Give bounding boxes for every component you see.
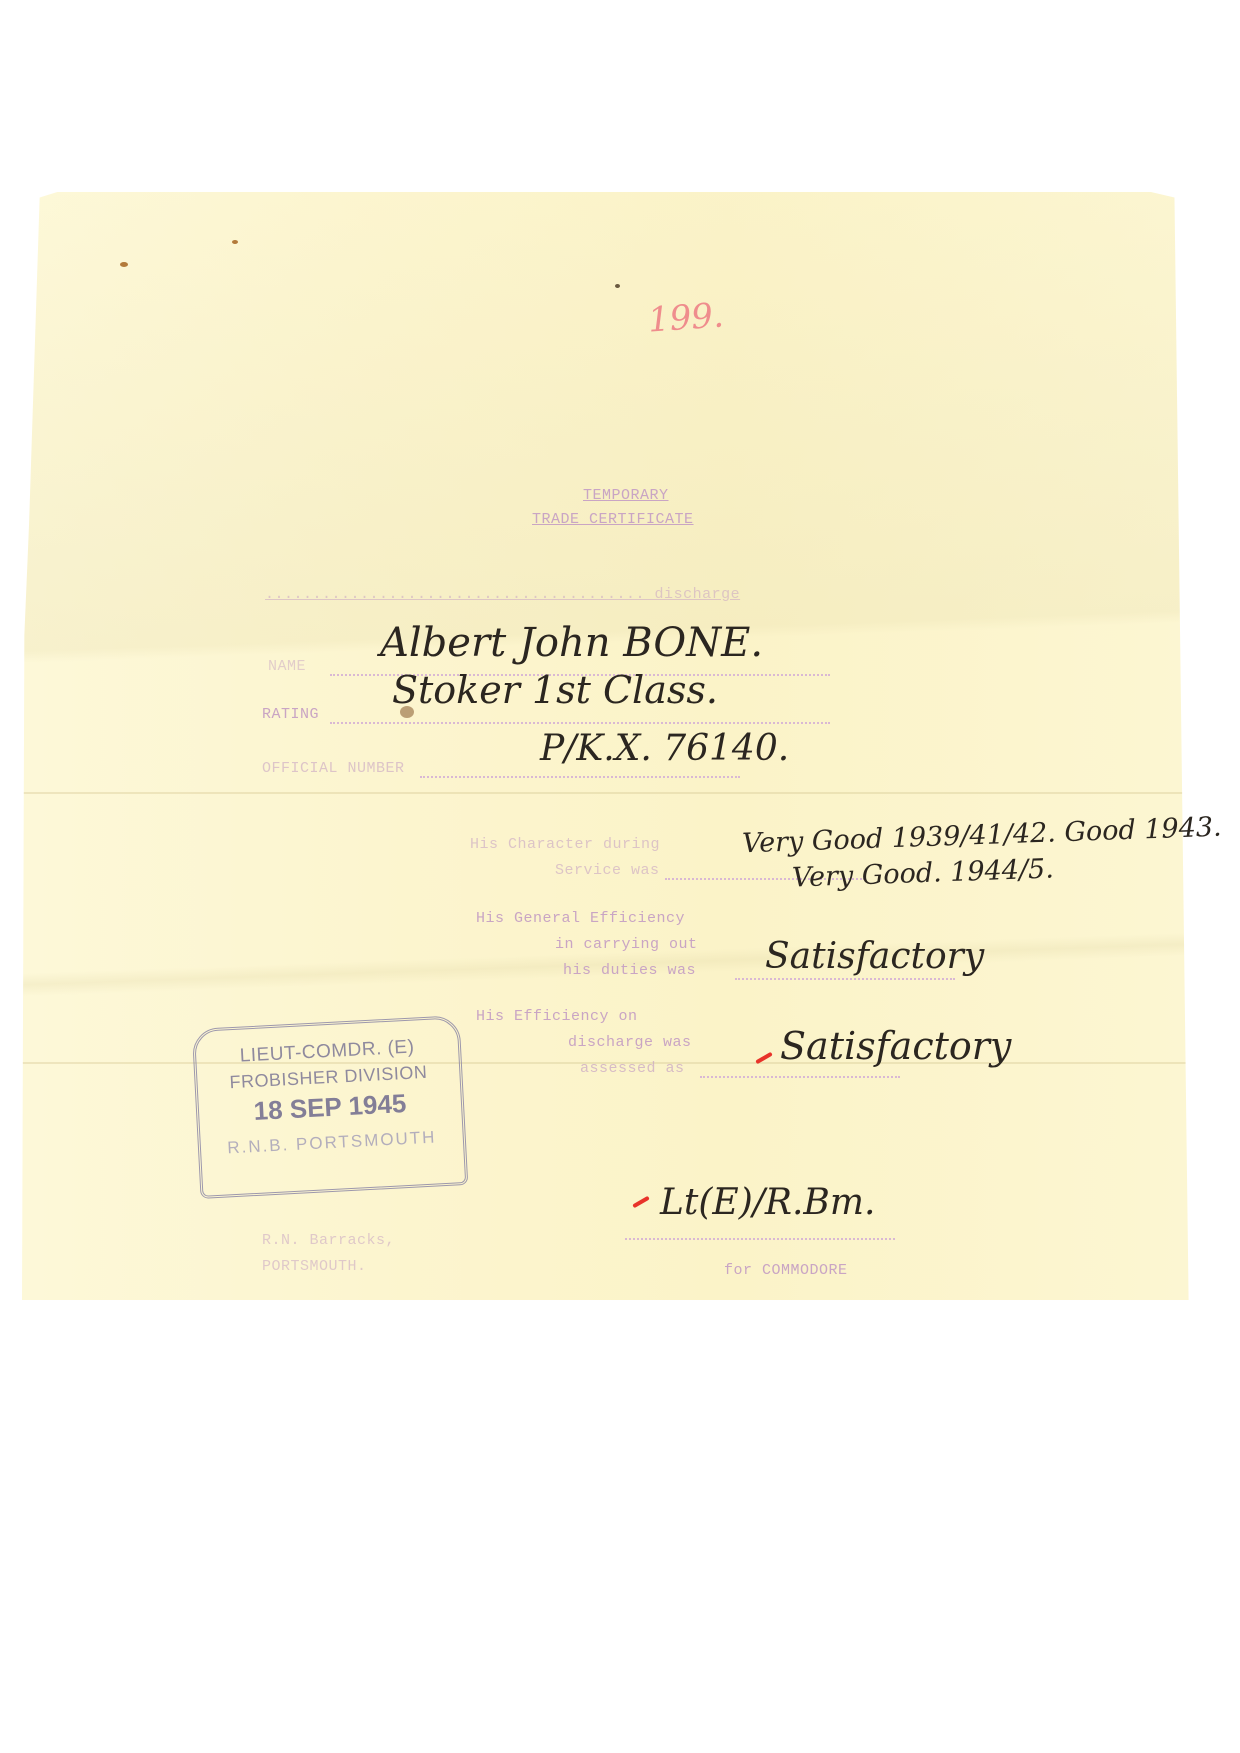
reference-number: 199.	[647, 295, 725, 340]
title-line-2: TRADE CERTIFICATE	[532, 511, 694, 528]
discharge-efficiency-label-1: His Efficiency on	[476, 1008, 638, 1025]
rust-spot	[232, 240, 238, 244]
title-line-1: TEMPORARY	[583, 487, 669, 504]
official-number-dotted-line	[420, 776, 740, 778]
division-stamp: LIEUT-COMDR. (E) FROBISHER DIVISION 18 S…	[192, 1015, 469, 1199]
discharge-efficiency-value: Satisfactory	[780, 1024, 1011, 1068]
character-label-2: Service was	[555, 862, 660, 879]
rating-dotted-line	[330, 722, 830, 724]
signatory-title: for COMMODORE	[724, 1262, 848, 1279]
general-efficiency-label-1: His General Efficiency	[476, 910, 685, 927]
signature: Lt(E)/R.Bm.	[660, 1182, 875, 1223]
rust-spot	[120, 262, 128, 267]
general-efficiency-label-3: his duties was	[563, 962, 696, 979]
official-number-label: OFFICIAL NUMBER	[262, 760, 405, 777]
signature-dotted-line	[625, 1238, 895, 1240]
general-efficiency-label-2: in carrying out	[555, 936, 698, 953]
official-number-value: P/K.X. 76140.	[540, 728, 789, 769]
speck	[615, 284, 620, 288]
general-efficiency-dotted-line	[735, 978, 955, 980]
discharge-efficiency-label-3: assessed as	[580, 1060, 685, 1077]
rating-label: RATING	[262, 706, 319, 723]
discharge-efficiency-dotted-line	[700, 1076, 900, 1078]
name-value: Albert John BONE.	[380, 620, 763, 666]
name-label: NAME	[268, 658, 306, 675]
subtitle: ........................................…	[265, 586, 740, 603]
stamp-line-4: R.N.B. PORTSMOUTH	[201, 1126, 464, 1160]
rating-value: Stoker 1st Class.	[392, 668, 718, 712]
fold-crease	[22, 792, 1198, 794]
location-line-1: R.N. Barracks,	[262, 1232, 395, 1249]
character-label-1: His Character during	[470, 836, 660, 853]
general-efficiency-value: Satisfactory	[765, 936, 984, 977]
location-line-2: PORTSMOUTH.	[262, 1258, 367, 1275]
discharge-efficiency-label-2: discharge was	[568, 1034, 692, 1051]
